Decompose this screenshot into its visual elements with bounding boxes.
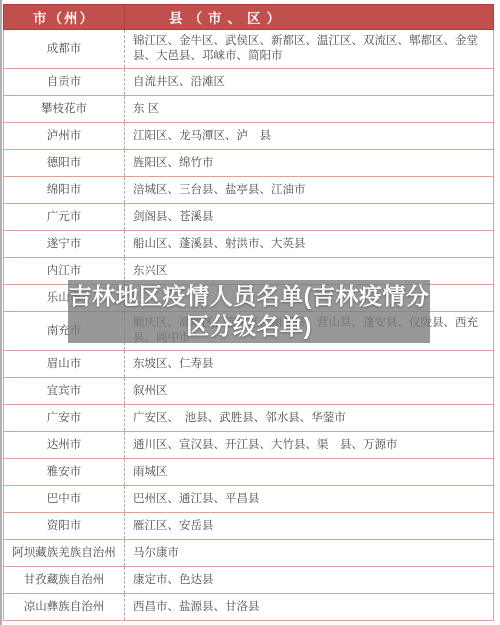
city-cell: 遂宁市: [4, 231, 125, 258]
table-row: 甘孜藏族自治州 康定市、色达县: [4, 567, 494, 594]
districts-cell: 涪城区、三台县、盐亭县、江油市: [125, 177, 494, 204]
city-cell: 宜宾市: [4, 378, 125, 405]
city-cell: 眉山市: [4, 351, 125, 378]
table-header: 市（州） 县（市、区）: [4, 5, 494, 30]
table-row: 绵阳市 涪城区、三台县、盐亭县、江油市: [4, 177, 494, 204]
districts-cell: 东坡区、仁寿县: [125, 351, 494, 378]
city-cell: 资阳市: [4, 513, 125, 540]
header-row: 市（州） 县（市、区）: [4, 5, 494, 30]
districts-cell: 西昌市、盐源县、甘洛县: [125, 594, 494, 621]
districts-cell: 自流井区、沿滩区: [125, 69, 494, 96]
districts-cell: 巴州区、通江县、平昌县: [125, 486, 494, 513]
left-edge-line: [0, 0, 2, 625]
city-cell: 自贡市: [4, 69, 125, 96]
districts-cell: 江阳区、龙马潭区、泸 县: [125, 123, 494, 150]
table-row: 雅安市 雨城区: [4, 459, 494, 486]
table-row: 攀枝花市 东 区: [4, 96, 494, 123]
header-cell-city: 市（州）: [4, 5, 125, 30]
table-row: 广安市 广安区、 池县、武胜县、邻水县、华蓥市: [4, 405, 494, 432]
districts-cell: 通川区、宣汉县、开江县、大竹县、渠 县、万源市: [125, 432, 494, 459]
table-row: 阿坝藏族羌族自治州 马尔康市: [4, 540, 494, 567]
table-row: 眉山市 东坡区、仁寿县: [4, 351, 494, 378]
watermark-title: 吉林地区疫情人员名单(吉林疫情分区分级名单): [68, 280, 430, 341]
districts-cell: 锦江区、金牛区、武侯区、新都区、温江区、双流区、郫都区、金堂县、大邑县、邛崃市、…: [125, 30, 494, 69]
city-cell: 广元市: [4, 204, 125, 231]
city-cell: 广安市: [4, 405, 125, 432]
table-row: 自贡市 自流井区、沿滩区: [4, 69, 494, 96]
table-row: 广元市 剑阁县、苍溪县: [4, 204, 494, 231]
districts-cell: 剑阁县、苍溪县: [125, 204, 494, 231]
city-cell: 攀枝花市: [4, 96, 125, 123]
districts-cell: 船山区、蓬溪县、射洪市、大英县: [125, 231, 494, 258]
city-cell: 巴中市: [4, 486, 125, 513]
table-row: 宜宾市 叙州区: [4, 378, 494, 405]
city-cell: 成都市: [4, 30, 125, 69]
districts-cell: 康定市、色达县: [125, 567, 494, 594]
header-cell-districts: 县（市、区）: [125, 5, 494, 30]
city-cell: 雅安市: [4, 459, 125, 486]
table-row: 泸州市 江阳区、龙马潭区、泸 县: [4, 123, 494, 150]
city-cell: 德阳市: [4, 150, 125, 177]
city-cell: 凉山彝族自治州: [4, 594, 125, 621]
table-row: 德阳市 旌阳区、绵竹市: [4, 150, 494, 177]
table-row: 达州市 通川区、宣汉县、开江县、大竹县、渠 县、万源市: [4, 432, 494, 459]
table-row: 遂宁市 船山区、蓬溪县、射洪市、大英县: [4, 231, 494, 258]
districts-cell: 广安区、 池县、武胜县、邻水县、华蓥市: [125, 405, 494, 432]
districts-cell: 东 区: [125, 96, 494, 123]
city-cell: 绵阳市: [4, 177, 125, 204]
districts-cell: 雨城区: [125, 459, 494, 486]
city-cell: 泸州市: [4, 123, 125, 150]
table-row: 成都市 锦江区、金牛区、武侯区、新都区、温江区、双流区、郫都区、金堂县、大邑县、…: [4, 30, 494, 69]
document-page: 市（州） 县（市、区） 成都市 锦江区、金牛区、武侯区、新都区、温江区、双流区、…: [3, 4, 494, 621]
table-row: 巴中市 巴州区、通江县、平昌县: [4, 486, 494, 513]
districts-cell: 马尔康市: [125, 540, 494, 567]
watermark-overlay: 吉林地区疫情人员名单(吉林疫情分区分级名单): [68, 280, 430, 343]
districts-cell: 叙州区: [125, 378, 494, 405]
city-cell: 阿坝藏族羌族自治州: [4, 540, 125, 567]
city-cell: 达州市: [4, 432, 125, 459]
table-row: 凉山彝族自治州 西昌市、盐源县、甘洛县: [4, 594, 494, 621]
table-row: 资阳市 雁江区、安岳县: [4, 513, 494, 540]
city-cell: 甘孜藏族自治州: [4, 567, 125, 594]
districts-cell: 旌阳区、绵竹市: [125, 150, 494, 177]
districts-cell: 雁江区、安岳县: [125, 513, 494, 540]
